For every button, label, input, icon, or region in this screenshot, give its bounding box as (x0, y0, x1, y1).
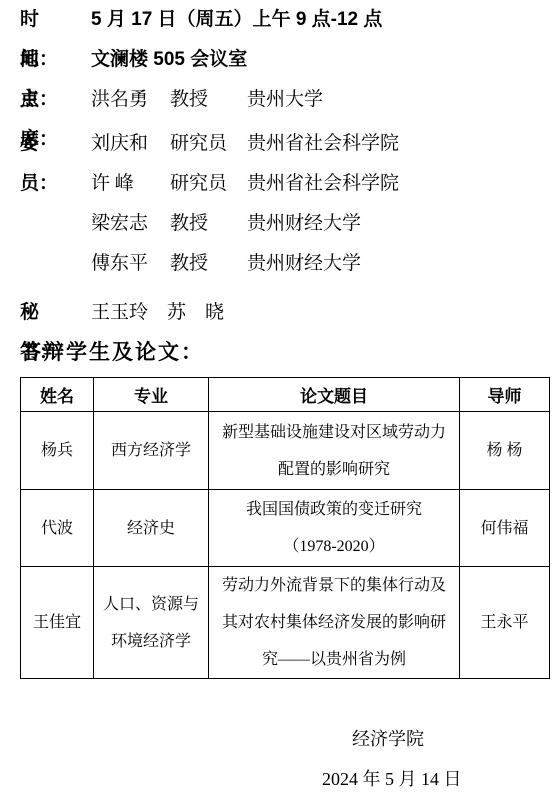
col-header-thesis: 论文题目 (209, 378, 460, 412)
student-name-cell: 杨兵 (21, 412, 94, 490)
committee-member-affiliation: 贵州省社会科学院 (247, 164, 399, 204)
committee-member-title: 研究员 (170, 164, 247, 204)
advisor-cell: 何伟福 (460, 490, 550, 567)
defense-notice-document: 时 间：5 月 17 日（周五）上午 9 点-12 点 地 点：文澜楼 505 … (0, 0, 556, 803)
committee-member-row: 许 峰 研究员 贵州省社会科学院 (20, 164, 549, 204)
committee-member-title: 研究员 (170, 124, 247, 164)
chair-affiliation: 贵州大学 (247, 80, 323, 120)
secretary-line: 秘 书：王玉玲 苏 晓 (20, 293, 549, 333)
advisor-cell: 杨 杨 (460, 412, 550, 490)
footer-organization: 经济学院 (352, 719, 549, 759)
secretary-value: 王玉玲 苏 晓 (91, 302, 224, 323)
committee-member-affiliation: 贵州财经大学 (247, 244, 361, 284)
table-row: 代波 经济史 我国国债政策的变迁研究 （1978-2020） 何伟福 (21, 490, 550, 567)
committee-member-name: 刘庆和 (91, 124, 170, 164)
thesis-title-cell: 我国国债政策的变迁研究 （1978-2020） (209, 490, 460, 567)
col-header-advisor: 导师 (460, 378, 550, 412)
thesis-title-cell: 新型基础设施建设对区域劳动力 配置的影响研究 (209, 412, 460, 490)
committee-member-row: 委 员： 刘庆和 研究员 贵州省社会科学院 (20, 124, 549, 164)
location-value: 文澜楼 505 会议室 (91, 49, 247, 70)
major-cell: 西方经济学 (94, 412, 209, 490)
students-table: 姓名 专业 论文题目 导师 杨兵 西方经济学 新型基础设施建设对区域劳动力 配置… (20, 377, 550, 679)
chair-title: 教授 (170, 80, 247, 120)
committee-member-name: 傅东平 (91, 244, 170, 284)
committee-member-row: 梁宏志 教授 贵州财经大学 (20, 204, 549, 244)
committee-member-title: 教授 (170, 244, 247, 284)
col-header-major: 专业 (94, 378, 209, 412)
committee-block: 委 员： 刘庆和 研究员 贵州省社会科学院 许 峰 研究员 贵州省社会科学院 梁… (20, 124, 549, 284)
committee-label-spacer (20, 244, 91, 284)
committee-member-row: 傅东平 教授 贵州财经大学 (20, 244, 549, 284)
location-line: 地 点：文澜楼 505 会议室 (20, 40, 549, 80)
student-name-cell: 代波 (21, 490, 94, 567)
chair-label: 主 席： (20, 80, 91, 120)
committee-label-spacer (20, 204, 91, 244)
major-cell: 人口、资源与 环境经济学 (94, 567, 209, 679)
student-name-cell: 王佳宜 (21, 567, 94, 679)
col-header-name: 姓名 (21, 378, 94, 412)
table-row: 杨兵 西方经济学 新型基础设施建设对区域劳动力 配置的影响研究 杨 杨 (21, 412, 550, 490)
time-value: 5 月 17 日（周五）上午 9 点-12 点 (91, 9, 382, 30)
committee-member-affiliation: 贵州省社会科学院 (247, 124, 399, 164)
section-title: 答辩学生及论文： (20, 333, 549, 373)
table-header-row: 姓名 专业 论文题目 导师 (21, 378, 550, 412)
committee-member-title: 教授 (170, 204, 247, 244)
major-cell: 经济史 (94, 490, 209, 567)
committee-member-affiliation: 贵州财经大学 (247, 204, 361, 244)
committee-member-name: 梁宏志 (91, 204, 170, 244)
footer-date: 2024 年 5 月 14 日 (322, 759, 549, 799)
table-row: 王佳宜 人口、资源与 环境经济学 劳动力外流背景下的集体行动及 其对农村集体经济… (21, 567, 550, 679)
time-line: 时 间：5 月 17 日（周五）上午 9 点-12 点 (20, 0, 549, 40)
committee-label-spacer (20, 164, 91, 204)
committee-member-name: 许 峰 (91, 164, 170, 204)
advisor-cell: 王永平 (460, 567, 550, 679)
thesis-title-cell: 劳动力外流背景下的集体行动及 其对农村集体经济发展的影响研 究——以贵州省为例 (209, 567, 460, 679)
committee-label: 委 员： (20, 124, 91, 164)
chair-name: 洪名勇 (91, 80, 170, 120)
chair-line: 主 席： 洪名勇 教授 贵州大学 (20, 80, 549, 120)
